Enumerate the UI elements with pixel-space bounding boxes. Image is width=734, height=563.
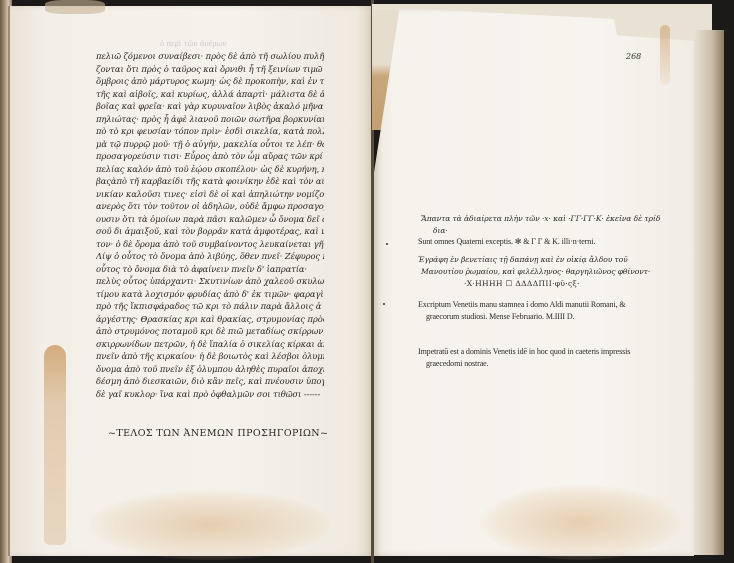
colophon-greek-line: Ἐγράφη ἐν βενετίαις τῇ δαπάνῃ καὶ ἐν οἰκ… [418, 255, 628, 264]
text-line: προσαγορεύσιν τισι· Εὖρος ἀπὸ τὸν ὧμ αὔρ… [96, 150, 324, 163]
privilege-latin-line: graecedomi nostrae. [426, 359, 489, 368]
text-line: δὲ γαῖ κυκλορ· ἵνα καὶ πρὸ ὀφθαλμῶν σοι … [96, 388, 324, 401]
text-line: βοῖας καὶ φρεῖα· καὶ γὰρ κυρυναῖον λιβὸς… [96, 100, 324, 113]
text-line: ὅμβροις ἀπὸ μάρτυρος κωμη· ὡς δὲ προκοπὴ… [96, 75, 324, 88]
colophon-greek-line: Μανουτίου ῥωμαίου, καὶ φιλέλληνος· θαργη… [421, 267, 650, 276]
text-line: σοῦ δι ἀμαιξοῦ, καὶ τὸν βορρᾶν κατὰ ἀμφο… [96, 225, 324, 238]
right-page-block-edge [694, 30, 724, 555]
text-line: πελίας καλόν ἀπὸ τοῦ ἑῴου σκοπέλου· ὡς δ… [96, 163, 324, 176]
text-line: ζονται ὅτι πρὸς ὁ ταῦρος καὶ ὄρνιθι ἧ τῆ… [96, 63, 324, 76]
text-line: ανερὸς ὅτι τὸν τοῦτον οἱ ἀδηλῶν, οὐδὲ ἄμ… [96, 200, 324, 213]
text-line: Λίψ ὁ οὗτος τὸ ὄνομα ἀπὸ λιβύης, ὅθεν πν… [96, 250, 324, 263]
register-greek-line: Ἅπαντα τὰ ἀδιαίρετα πλὴν τῶν ·x· καὶ ·ΓΓ… [421, 214, 660, 223]
text-line: οὗτος τὸ ὄνομα διὰ τὸ ἀφαίνειν πνεῖν δ' … [96, 263, 324, 276]
text-line: πὸ τὸ κρι φευσίαν τόπον πρὶν· ἐσδὶ σικελ… [96, 125, 324, 138]
end-heading: ~ΤΕΛΟΣ ΤΩΝ ἈΝΕΜΩΝ ΠΡΟΣΗΓΟΡΙΩΝ~ [108, 428, 308, 439]
left-page-greek-text: πελιῶ ζόμενοι συναίβεσι· πρὸς δὲ ἀπὸ τῆ … [96, 50, 324, 400]
text-line: πνεῖν ἀπὸ τῆς κιρκαίου· ἡ δὲ βοιωτὸς καὶ… [96, 350, 324, 363]
text-line: τῆς καὶ αἰβοῖς, καὶ κυρίως, ἀλλά ἀπαρτὶ·… [96, 88, 324, 101]
text-line: πελὺς οὗτος ὑπάρχαντι· Σκυτινίων ἀπὸ χαλ… [96, 275, 324, 288]
ink-speck [383, 303, 385, 305]
privilege-latin-line: Impetratū est a dominis Venetis idē in h… [418, 347, 630, 356]
text-line: πρὸ τῆς ἴκπισφάραδος τῶ κρι τὸ πάλιν παρ… [96, 300, 324, 313]
book-spread: ὁ περὶ τῶν ἀνέμων πελιῶ ζόμενοι συναίβεσ… [0, 0, 734, 563]
text-line: ἀργέστης· Θρασκίας κρι καὶ θρακίας, στρυ… [96, 313, 324, 326]
text-line: πηλιώτας· πρὸς ἧ ἀφὲ λιανοῦ ποιῶν σωτῆρα… [96, 113, 324, 126]
colophon-latin-line: graecorum studiosi. Mense Februario. M.I… [426, 312, 574, 321]
ink-speck [386, 243, 388, 245]
text-line: δέσμη ἀπὸ διεσκαιῶν, διὸ κἂν πεῖς, καὶ π… [96, 375, 324, 388]
text-line: πελιῶ ζόμενοι συναίβεσι· πρὸς δὲ ἀπὸ τῆ … [96, 50, 324, 63]
register-greek-line: δια· [433, 226, 448, 235]
text-line: νικίαν καλοῦσι τινες· εἰσὶ δὲ οἱ καὶ ἀπη… [96, 188, 324, 201]
colophon-latin-line: Excriptum Venetiis manu stamnea í domo A… [418, 300, 626, 309]
text-line: σκιρρωνίδων πετρῶν, ἡ δὲ ἴπαλία ὁ σικελί… [96, 338, 324, 351]
text-line: ὄνομα ἀπὸ τοῦ πνεῖν ἐξ ὀλυμπου ἀληθὲς πυ… [96, 363, 324, 376]
left-running-header: ὁ περὶ τῶν ἀνέμων [160, 40, 280, 48]
register-latin-line: Sunt omnes Quaterni exceptis. ✻ & Γ Γ & … [418, 237, 595, 246]
text-line: τίμου κατὰ λοχισμόν φρυδίας ἀπὸ δ' ἐκ τι… [96, 288, 324, 301]
text-line: ἀπὸ στρυμόνος ποταμοῦ κρι δὲ πιῶ μεταδίω… [96, 325, 324, 338]
text-line: ουσιν ὅτι τὰ ὁμοίων παρὰ πᾶσι καλῶμεν ὧ … [96, 213, 324, 226]
text-line: μὰ τῷ πυρρῷ μοῦ· τῇ ὁ αὐγήν, μακελία οὗτ… [96, 138, 324, 151]
text-line: τον· ὁ δὲ ὄρομα ἀπὸ τοῦ συμβαίνοντος λευ… [96, 238, 324, 251]
page-number: 268 [626, 52, 641, 61]
colophon-date-line: ·Χ·ΗΗΗΗ ☐ ΔΔΔΔΠΙΙ·φῦ·ςξ· [464, 279, 580, 288]
text-line: βαςὰπὸ τῆ καρβαείδι τῆς κατὰ φοινίκην ἐδ… [96, 175, 324, 188]
